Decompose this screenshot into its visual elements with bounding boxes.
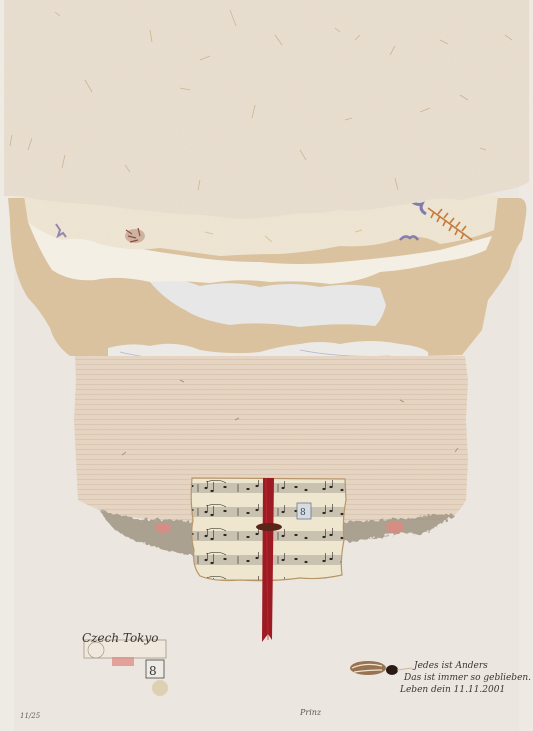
- collage-artwork: 8 8 Czech Tokyo Jedes ist Anders Das ist…: [0, 0, 533, 731]
- left-inscription: Czech Tokyo: [82, 631, 158, 645]
- artist-signature: Prinz: [299, 708, 322, 717]
- ribbon-knot: [256, 523, 282, 531]
- inscription-line-3: Leben dein 11.11.2001: [399, 685, 505, 695]
- pink-fiber-accent: [155, 523, 171, 533]
- collage-canvas: 8 8 Czech Tokyo Jedes ist Anders Das ist…: [0, 0, 533, 731]
- inscription-line-2: Das ist immer so geblieben.: [403, 673, 531, 683]
- edition-number: 11/25: [20, 712, 41, 720]
- inscription-line-1: Jedes ist Anders: [412, 661, 488, 671]
- svg-text:8: 8: [300, 508, 306, 518]
- svg-text:8: 8: [149, 664, 157, 678]
- pink-fiber-accent: [386, 521, 404, 533]
